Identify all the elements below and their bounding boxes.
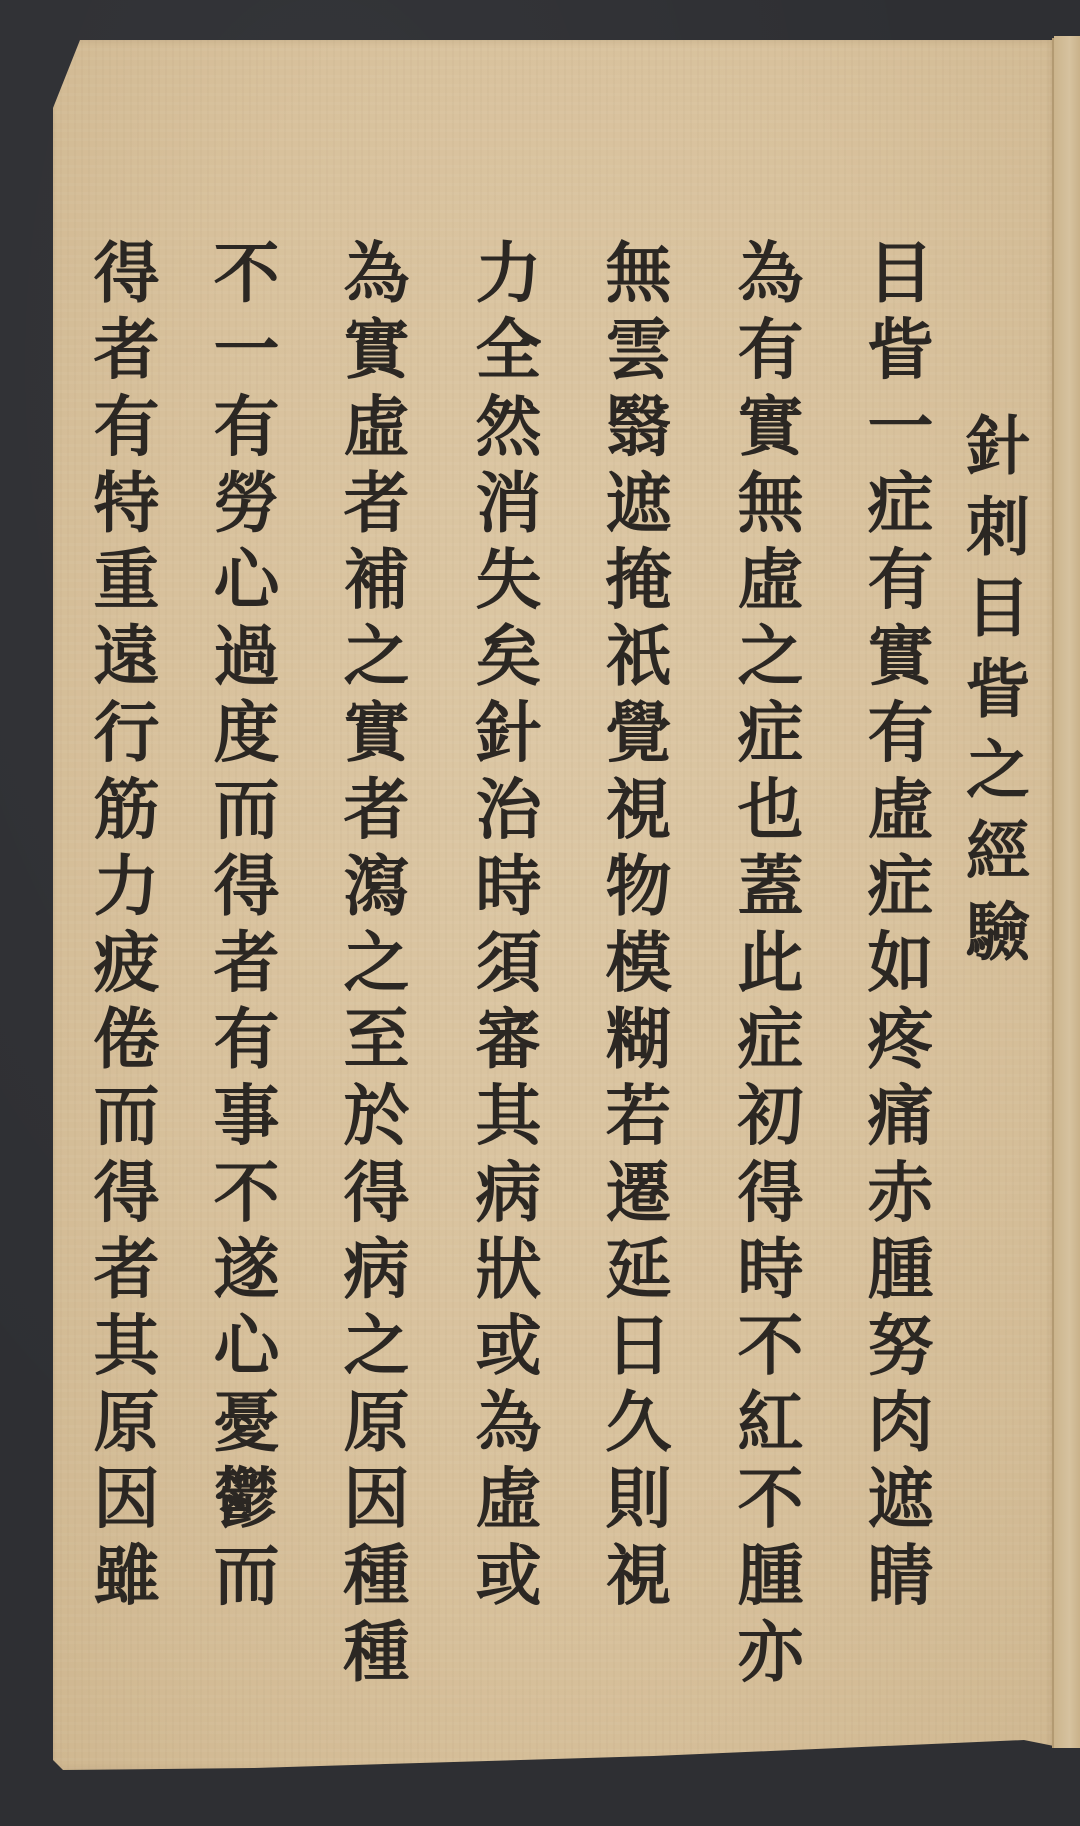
text-column-7: 得者有特重遠行筋力疲倦而得者其原因雖: [88, 238, 154, 1617]
text-column-6: 不一有勞心過度而得者有事不遂心憂鬱而: [208, 238, 274, 1617]
document-title: 針刺目眥之經驗: [960, 412, 1024, 979]
text-column-3: 無雲翳遮掩祇覺視物模糊若遷延日久則視: [600, 238, 666, 1617]
text-column-1: 目眥一症有實有虛症如疼痛赤腫努肉遮睛: [862, 238, 928, 1617]
text-columns: 針刺目眥之經驗 目眥一症有實有虛症如疼痛赤腫努肉遮睛 為有實無虛之症也蓋此症初得…: [0, 0, 1080, 1826]
text-column-5: 為實虛者補之實者瀉之至於得病之原因種種: [338, 238, 404, 1693]
text-column-4: 力全然消失矣針治時須審其病狀或為虛或: [470, 238, 536, 1617]
text-column-2: 為有實無虛之症也蓋此症初得時不紅不腫亦: [732, 238, 798, 1693]
